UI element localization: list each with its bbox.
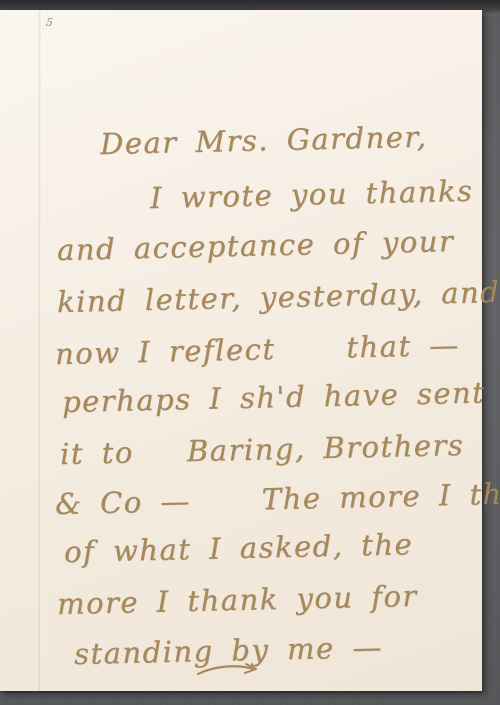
letter-line: kind letter, yesterday, and (57, 278, 500, 317)
letter-line: it to Baring, Brothers (60, 431, 465, 469)
pencil-mark: 5 (45, 16, 54, 30)
letter-line: of what I asked, the (64, 530, 414, 567)
fold-crease (38, 10, 42, 691)
letter-line-salutation: Dear Mrs. Gardner, (100, 123, 428, 159)
letter-line: and acceptance of your (57, 227, 455, 265)
letter-paper: 5 Dear Mrs. Gardner, I wrote you thanks … (0, 10, 482, 691)
letter-line: more I thank you for (57, 582, 418, 619)
letter-line: & Co — The more I think (55, 479, 500, 519)
arrow-underline-flourish (196, 660, 268, 680)
letter-line: I wrote you thanks (150, 177, 474, 213)
letter-line: perhaps I sh'd have sent (62, 378, 486, 417)
photo-background: 5 Dear Mrs. Gardner, I wrote you thanks … (0, 0, 500, 705)
letter-line: now I reflect that — (55, 331, 460, 369)
